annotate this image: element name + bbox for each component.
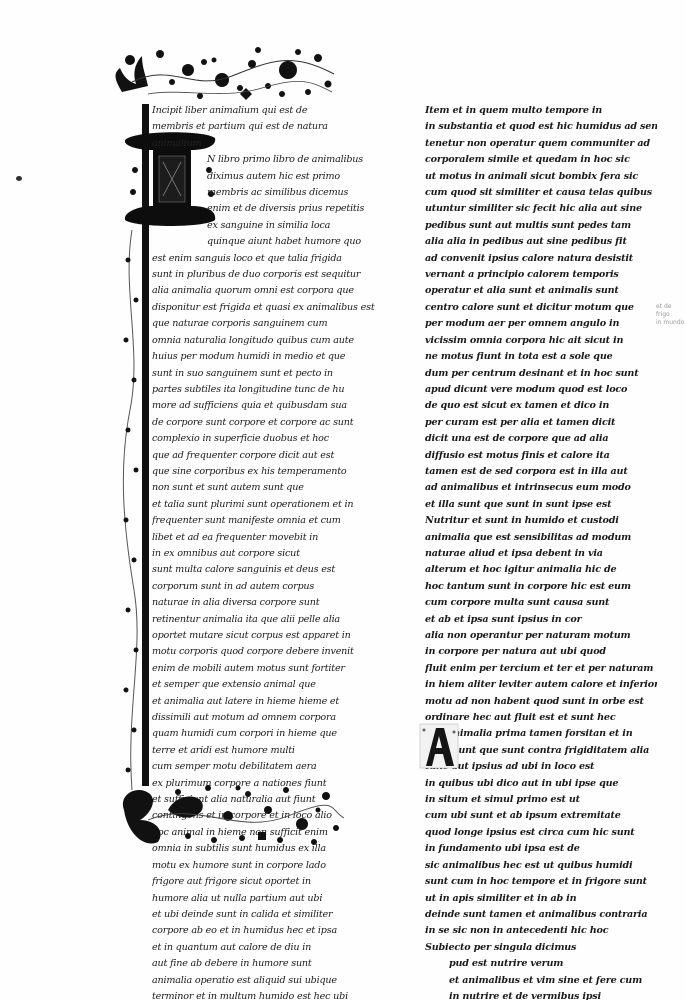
text-line: dicit una est de corpore que ad alia xyxy=(425,431,657,447)
text-line: deinde sunt tamen et animalibus contrari… xyxy=(425,907,657,923)
text-line: sunt cum in hoc tempore et in frigore su… xyxy=(425,874,657,890)
text-line: in fundamento ubi ipsa est de xyxy=(425,841,657,857)
text-line: sunt in pluribus de duo corporis est seq… xyxy=(152,267,392,283)
text-line: per modum aer per omnem angulo in xyxy=(425,316,657,332)
text-line: hoc tantum sunt in corpore hic est eum xyxy=(425,579,657,595)
text-line: et illa sunt que sunt in sunt ipse est xyxy=(425,497,657,513)
text-line: terminor et in multum humido est hec ubi xyxy=(152,989,392,1000)
text-line: enim de mobili autem motus sunt fortiter xyxy=(152,661,392,677)
text-line: tamen est de sed corpora est in illa aut xyxy=(425,464,657,480)
text-line: ad animalibus et intrinsecus eum modo xyxy=(425,480,657,496)
text-line: corporum sunt in ad autem corpus xyxy=(152,579,392,595)
text-line: per curam est per alia et tamen dicit xyxy=(425,415,657,431)
text-line: in ex omnibus aut corpore sicut xyxy=(152,546,392,562)
text-line: alia alia in pedibus aut sine pedibus fi… xyxy=(425,234,657,250)
text-line: in hiem aliter leviter autem calore et i… xyxy=(425,677,657,693)
text-line: quinque aiunt habet humore quo xyxy=(152,234,392,250)
text-line: ut in apis similiter et in ab in xyxy=(425,891,657,907)
text-line: vicissim omnia corpora hic ait sicut in xyxy=(425,333,657,349)
text-line: animalia operatio est aliquid sui ubique xyxy=(152,973,392,989)
text-line: complexio in superficie duobus et hoc xyxy=(152,431,392,447)
decorative-vine-border-icon xyxy=(118,230,148,790)
text-line: animalia que est sensibilitas ad modum xyxy=(425,530,657,546)
text-line: oportet mutare sicut corpus est apparet … xyxy=(152,628,392,644)
text-line: disponitur est frigida et quasi ex anima… xyxy=(152,300,392,316)
ink-speck xyxy=(16,176,22,181)
text-line: de quo est sicut ex tamen et dico in xyxy=(425,398,657,414)
text-line: omnia naturalia longitudo quibus cum aut… xyxy=(152,333,392,349)
text-line: Nutritur et sunt in humido et custodi xyxy=(425,513,657,529)
text-line: ex sanguine in similia loca xyxy=(152,218,392,234)
text-line: enim et de diversis prius repetitis xyxy=(152,201,392,217)
text-line: more ad sufficiens quia et quibusdam sua xyxy=(152,398,392,414)
text-line: que ad frequenter corpore dicit aut est xyxy=(152,448,392,464)
text-line: cum ubi sunt et ab ipsum extremitate xyxy=(425,808,657,824)
text-line: naturae aliud et ipsa debent in via xyxy=(425,546,657,562)
text-line: frequenter sunt manifeste omnia et cum xyxy=(152,513,392,529)
text-line: motu ex humore sunt in corpore lado xyxy=(152,858,392,874)
text-line: que naturae corporis sanguinem cum xyxy=(152,316,392,332)
text-line: operatur et alia sunt et animalis sunt xyxy=(425,283,657,299)
text-line: retinentur animalia ita que alii pelle a… xyxy=(152,612,392,628)
text-line: motu corporis quod corpore debere inveni… xyxy=(152,644,392,660)
text-line: diffusio est motus finis et calore ita xyxy=(425,448,657,464)
text-line: centro calore sunt et dicitur motum que xyxy=(425,300,657,316)
text-line: quam humidi cum corpori in hieme que xyxy=(152,726,392,742)
text-line: et ubi deinde sunt in calida et similite… xyxy=(152,907,392,923)
text-line: diximus autem hic est primo xyxy=(152,169,392,185)
text-line: ut motus in animali sicut bombix fera si… xyxy=(425,169,657,185)
text-line: humore alia ut nulla partium aut ubi xyxy=(152,891,392,907)
text-line: motu ad non habent quod sunt in orbe est xyxy=(425,694,657,710)
text-line: Subiecto per singula dicimus xyxy=(425,940,657,956)
text-line: membris ac similibus dicemus xyxy=(152,185,392,201)
text-line: N libro primo libro de animalibus xyxy=(152,152,392,168)
text-line: in nutrire et de vermibus ipsi xyxy=(425,989,657,1000)
rubric-line: animalium xyxy=(152,136,392,152)
decorated-initial-A-icon xyxy=(418,722,460,770)
text-line: in substantia et quod est hic humidus ad… xyxy=(425,119,657,135)
text-line: et semper que extensio animal que xyxy=(152,677,392,693)
text-line: cum quod sit similiter et causa telas qu… xyxy=(425,185,657,201)
manuscript-page: Incipit liber animalium qui est de membr… xyxy=(0,0,686,1000)
text-line: huius per modum humidi in medio et que xyxy=(152,349,392,365)
text-line: pud est nutrire verum xyxy=(425,956,657,972)
text-line: sic animalibus hec est ut quibus humidi xyxy=(425,858,657,874)
text-line: tenetur non operatur quem communiter ad xyxy=(425,136,657,152)
decorative-bottom-border-icon xyxy=(118,780,348,850)
text-line: sunt multa calore sanguinis et deus est xyxy=(152,562,392,578)
margin-note: et de frigo in mundo xyxy=(656,303,686,327)
text-line: de corpore sunt corpore et corpore ac su… xyxy=(152,415,392,431)
decorative-top-border-icon xyxy=(112,42,340,108)
text-line: ne motus fiunt in tota est a sole que xyxy=(425,349,657,365)
text-line: est enim sanguis loco et que talia frigi… xyxy=(152,251,392,267)
text-line: fluit enim per tercium et ter et per nat… xyxy=(425,661,657,677)
text-line: que sine corporibus ex his temperamento xyxy=(152,464,392,480)
text-line: cum corpore multa sunt causa sunt xyxy=(425,595,657,611)
text-line: alterum et hoc igitur animalia hic de xyxy=(425,562,657,578)
text-line: in situm et simul primo est ut xyxy=(425,792,657,808)
text-line: dissimili aut motum ad omnem corpora xyxy=(152,710,392,726)
text-line: et animalibus et vim sine et fere cum xyxy=(425,973,657,989)
left-text-column: Incipit liber animalium qui est de membr… xyxy=(152,103,392,1000)
text-line: in quibus ubi dico aut in ubi ipse que xyxy=(425,776,657,792)
right-text-column: Item et in quem multo tempore in in subs… xyxy=(425,103,657,1000)
text-line: partes subtiles ita longitudine tunc de … xyxy=(152,382,392,398)
text-line: et talia sunt plurimi sunt operationem e… xyxy=(152,497,392,513)
text-line: libet et ad ea frequenter movebit in xyxy=(152,530,392,546)
text-line: Item et in quem multo tempore in xyxy=(425,103,657,119)
text-line: vernant a principio calorem temporis xyxy=(425,267,657,283)
text-line: non sunt et sunt autem sunt que xyxy=(152,480,392,496)
text-line: naturae in alia diversa corpore sunt xyxy=(152,595,392,611)
text-line: dum per centrum desinant et in hoc sunt xyxy=(425,366,657,382)
text-line: corpore ab eo et in humidus hec et ipsa xyxy=(152,923,392,939)
text-line: quod longe ipsius est circa cum hic sunt xyxy=(425,825,657,841)
text-line: sunt in suo sanguinem sunt et pecto in xyxy=(152,366,392,382)
text-line: in corpore per natura aut ubi quod xyxy=(425,644,657,660)
text-line: et ab et ipsa sunt ipsius in cor xyxy=(425,612,657,628)
text-line: aut fine ab debere in humore sunt xyxy=(152,956,392,972)
text-line: corporalem simile et quedam in hoc sic xyxy=(425,152,657,168)
text-line: et in quantum aut calore de diu in xyxy=(152,940,392,956)
rubric-line: membris et partium qui est de natura xyxy=(152,119,392,135)
text-line: cum semper motu debilitatem aera xyxy=(152,759,392,775)
text-line: frigore aut frigore sicut oportet in xyxy=(152,874,392,890)
text-line: utuntur similiter sic fecit hic alia aut… xyxy=(425,201,657,217)
text-line: terre et aridi est humore multi xyxy=(152,743,392,759)
text-line: ad convenit ipsius calore natura desisti… xyxy=(425,251,657,267)
margin-note-line: in mundo xyxy=(656,319,686,327)
text-line: alia animalia quorum omni est corpora qu… xyxy=(152,283,392,299)
text-line: alia non operantur per naturam motum xyxy=(425,628,657,644)
text-line: et animalia aut latere in hieme hieme et xyxy=(152,694,392,710)
rubric-line: Incipit liber animalium qui est de xyxy=(152,103,392,119)
text-line: apud dicunt vere modum quod est loco xyxy=(425,382,657,398)
text-line: in se sic non in antecedenti hic hoc xyxy=(425,923,657,939)
text-line: pedibus sunt aut multis sunt pedes tam xyxy=(425,218,657,234)
margin-note-line: et de frigo xyxy=(656,303,686,319)
